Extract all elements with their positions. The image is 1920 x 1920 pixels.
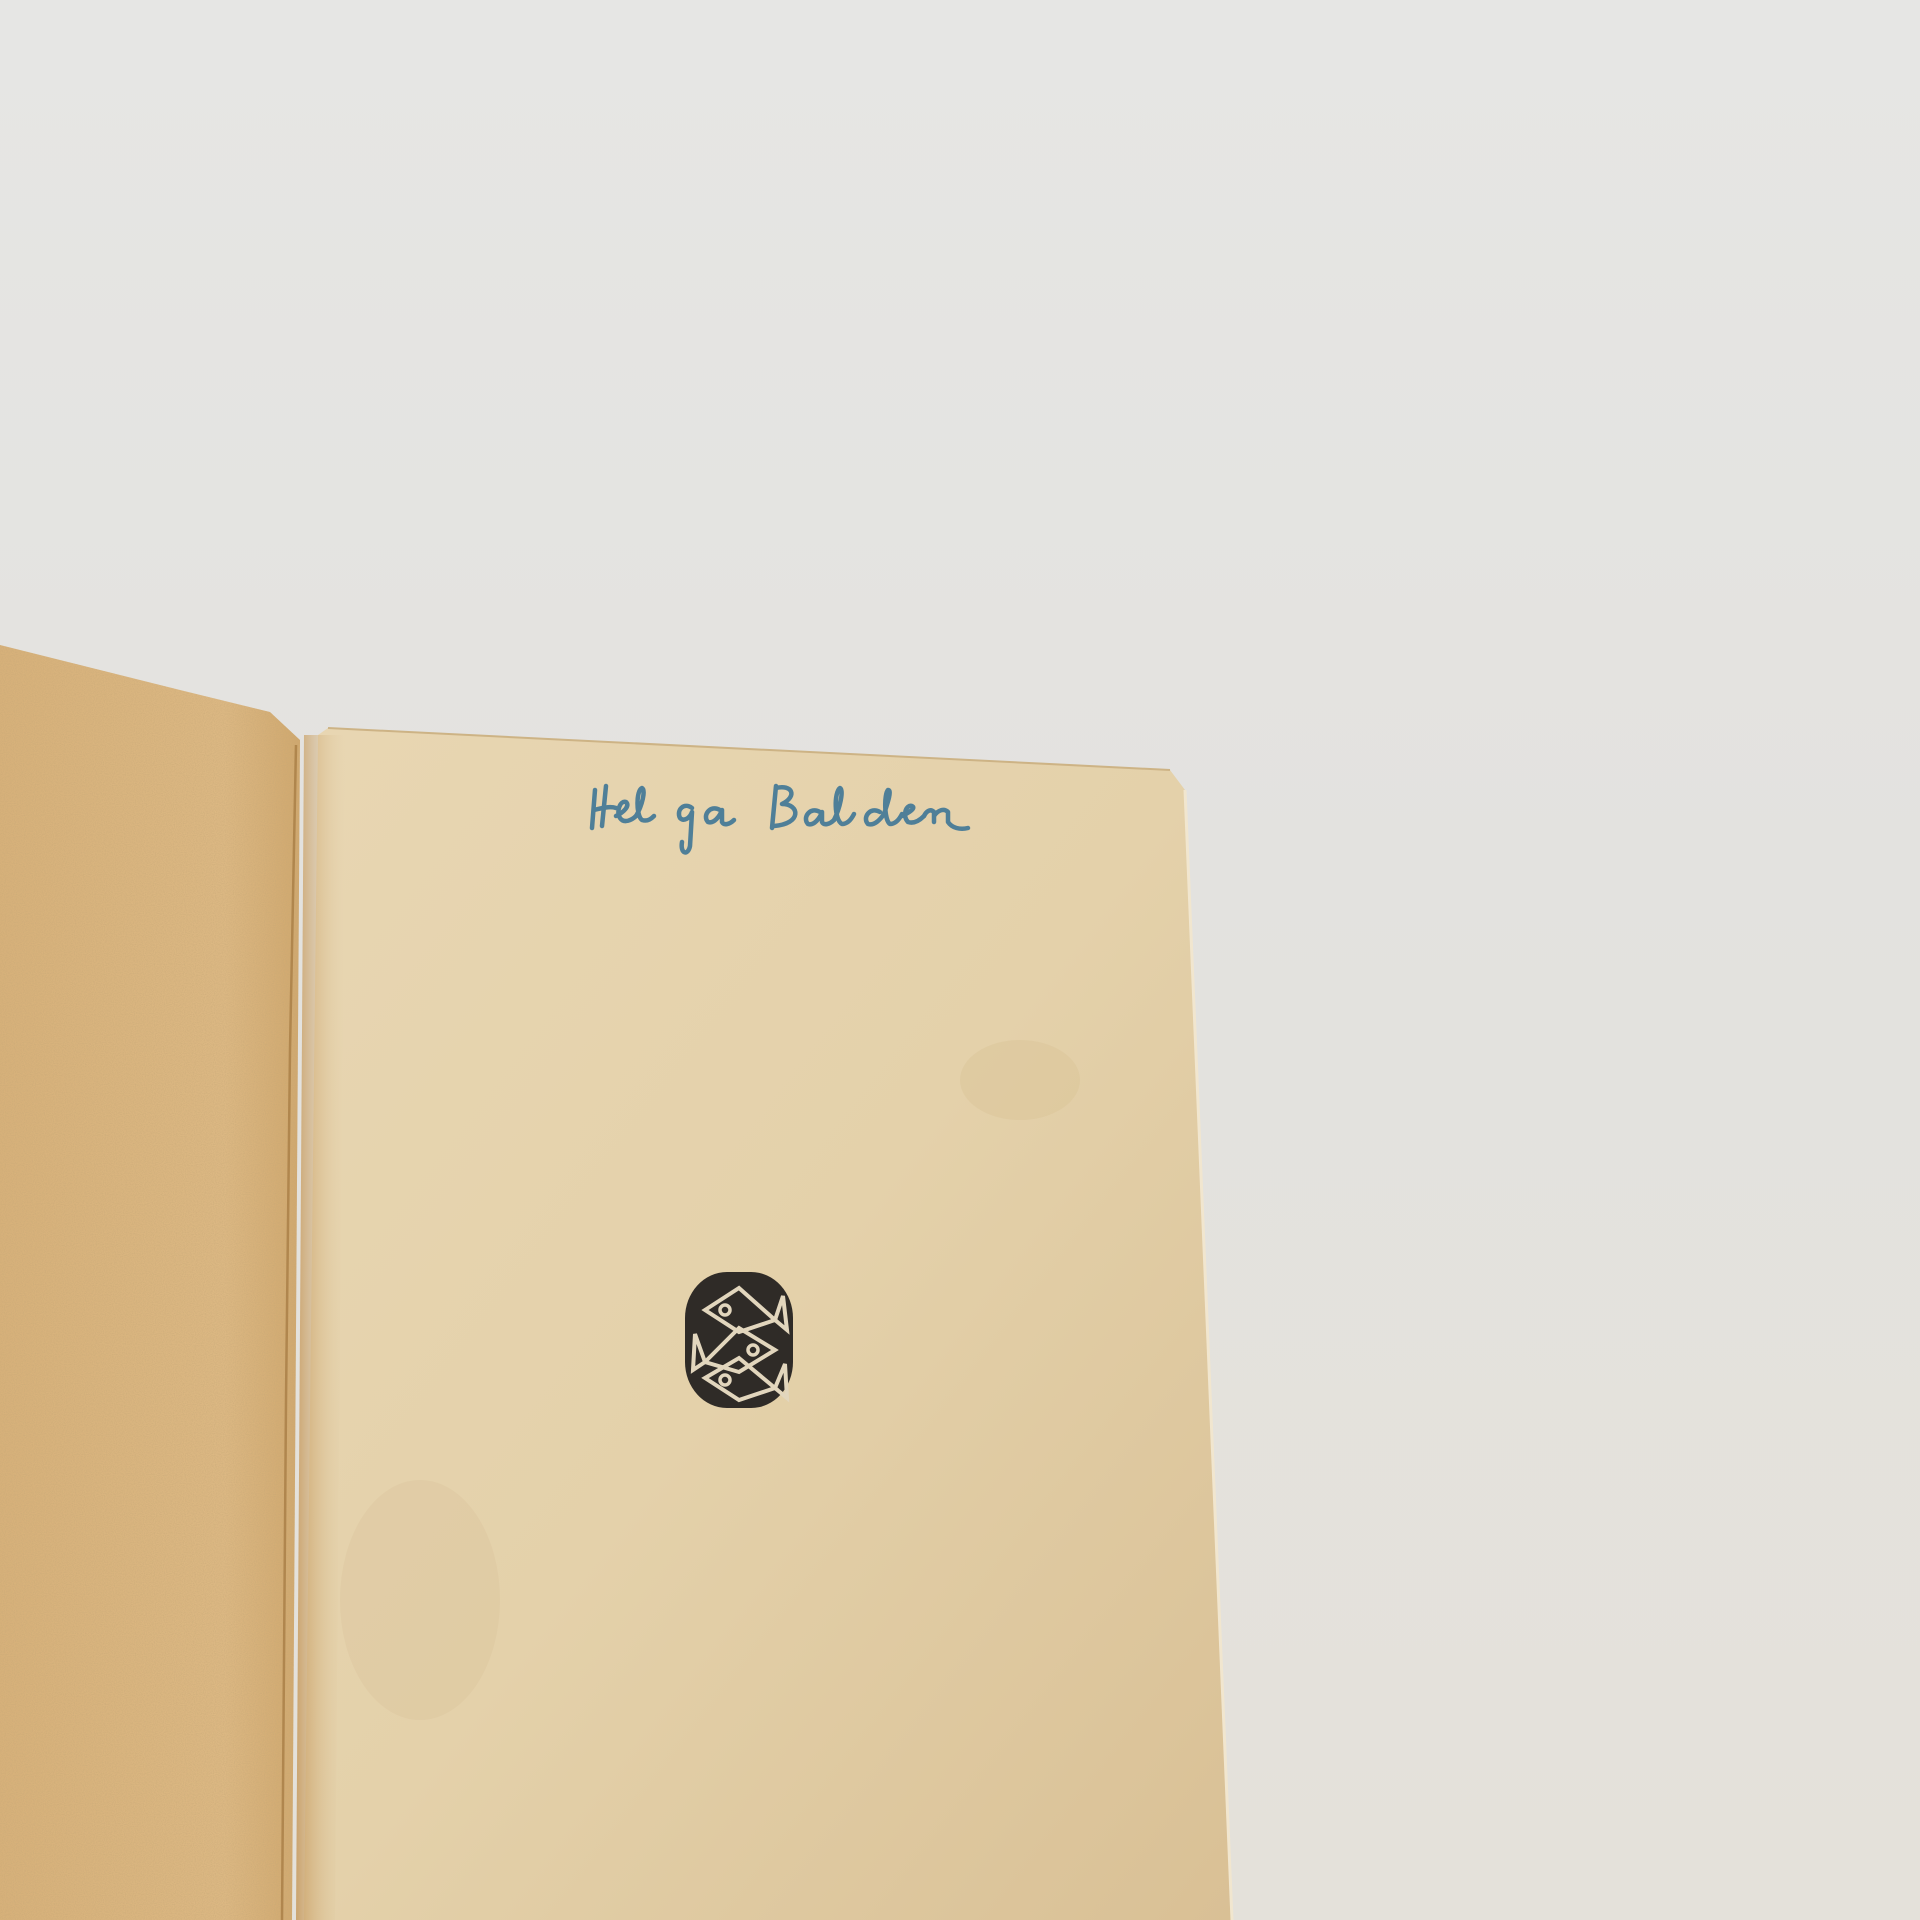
publisher-three-fish-emblem: three-fish logo xyxy=(683,1270,795,1410)
left-inner-cover xyxy=(0,645,300,1920)
photo-scene: Helga Balden three-fish logo xyxy=(0,0,1920,1920)
handwritten-inscription: Helga Balden xyxy=(580,768,1080,868)
open-book xyxy=(0,0,1920,1920)
